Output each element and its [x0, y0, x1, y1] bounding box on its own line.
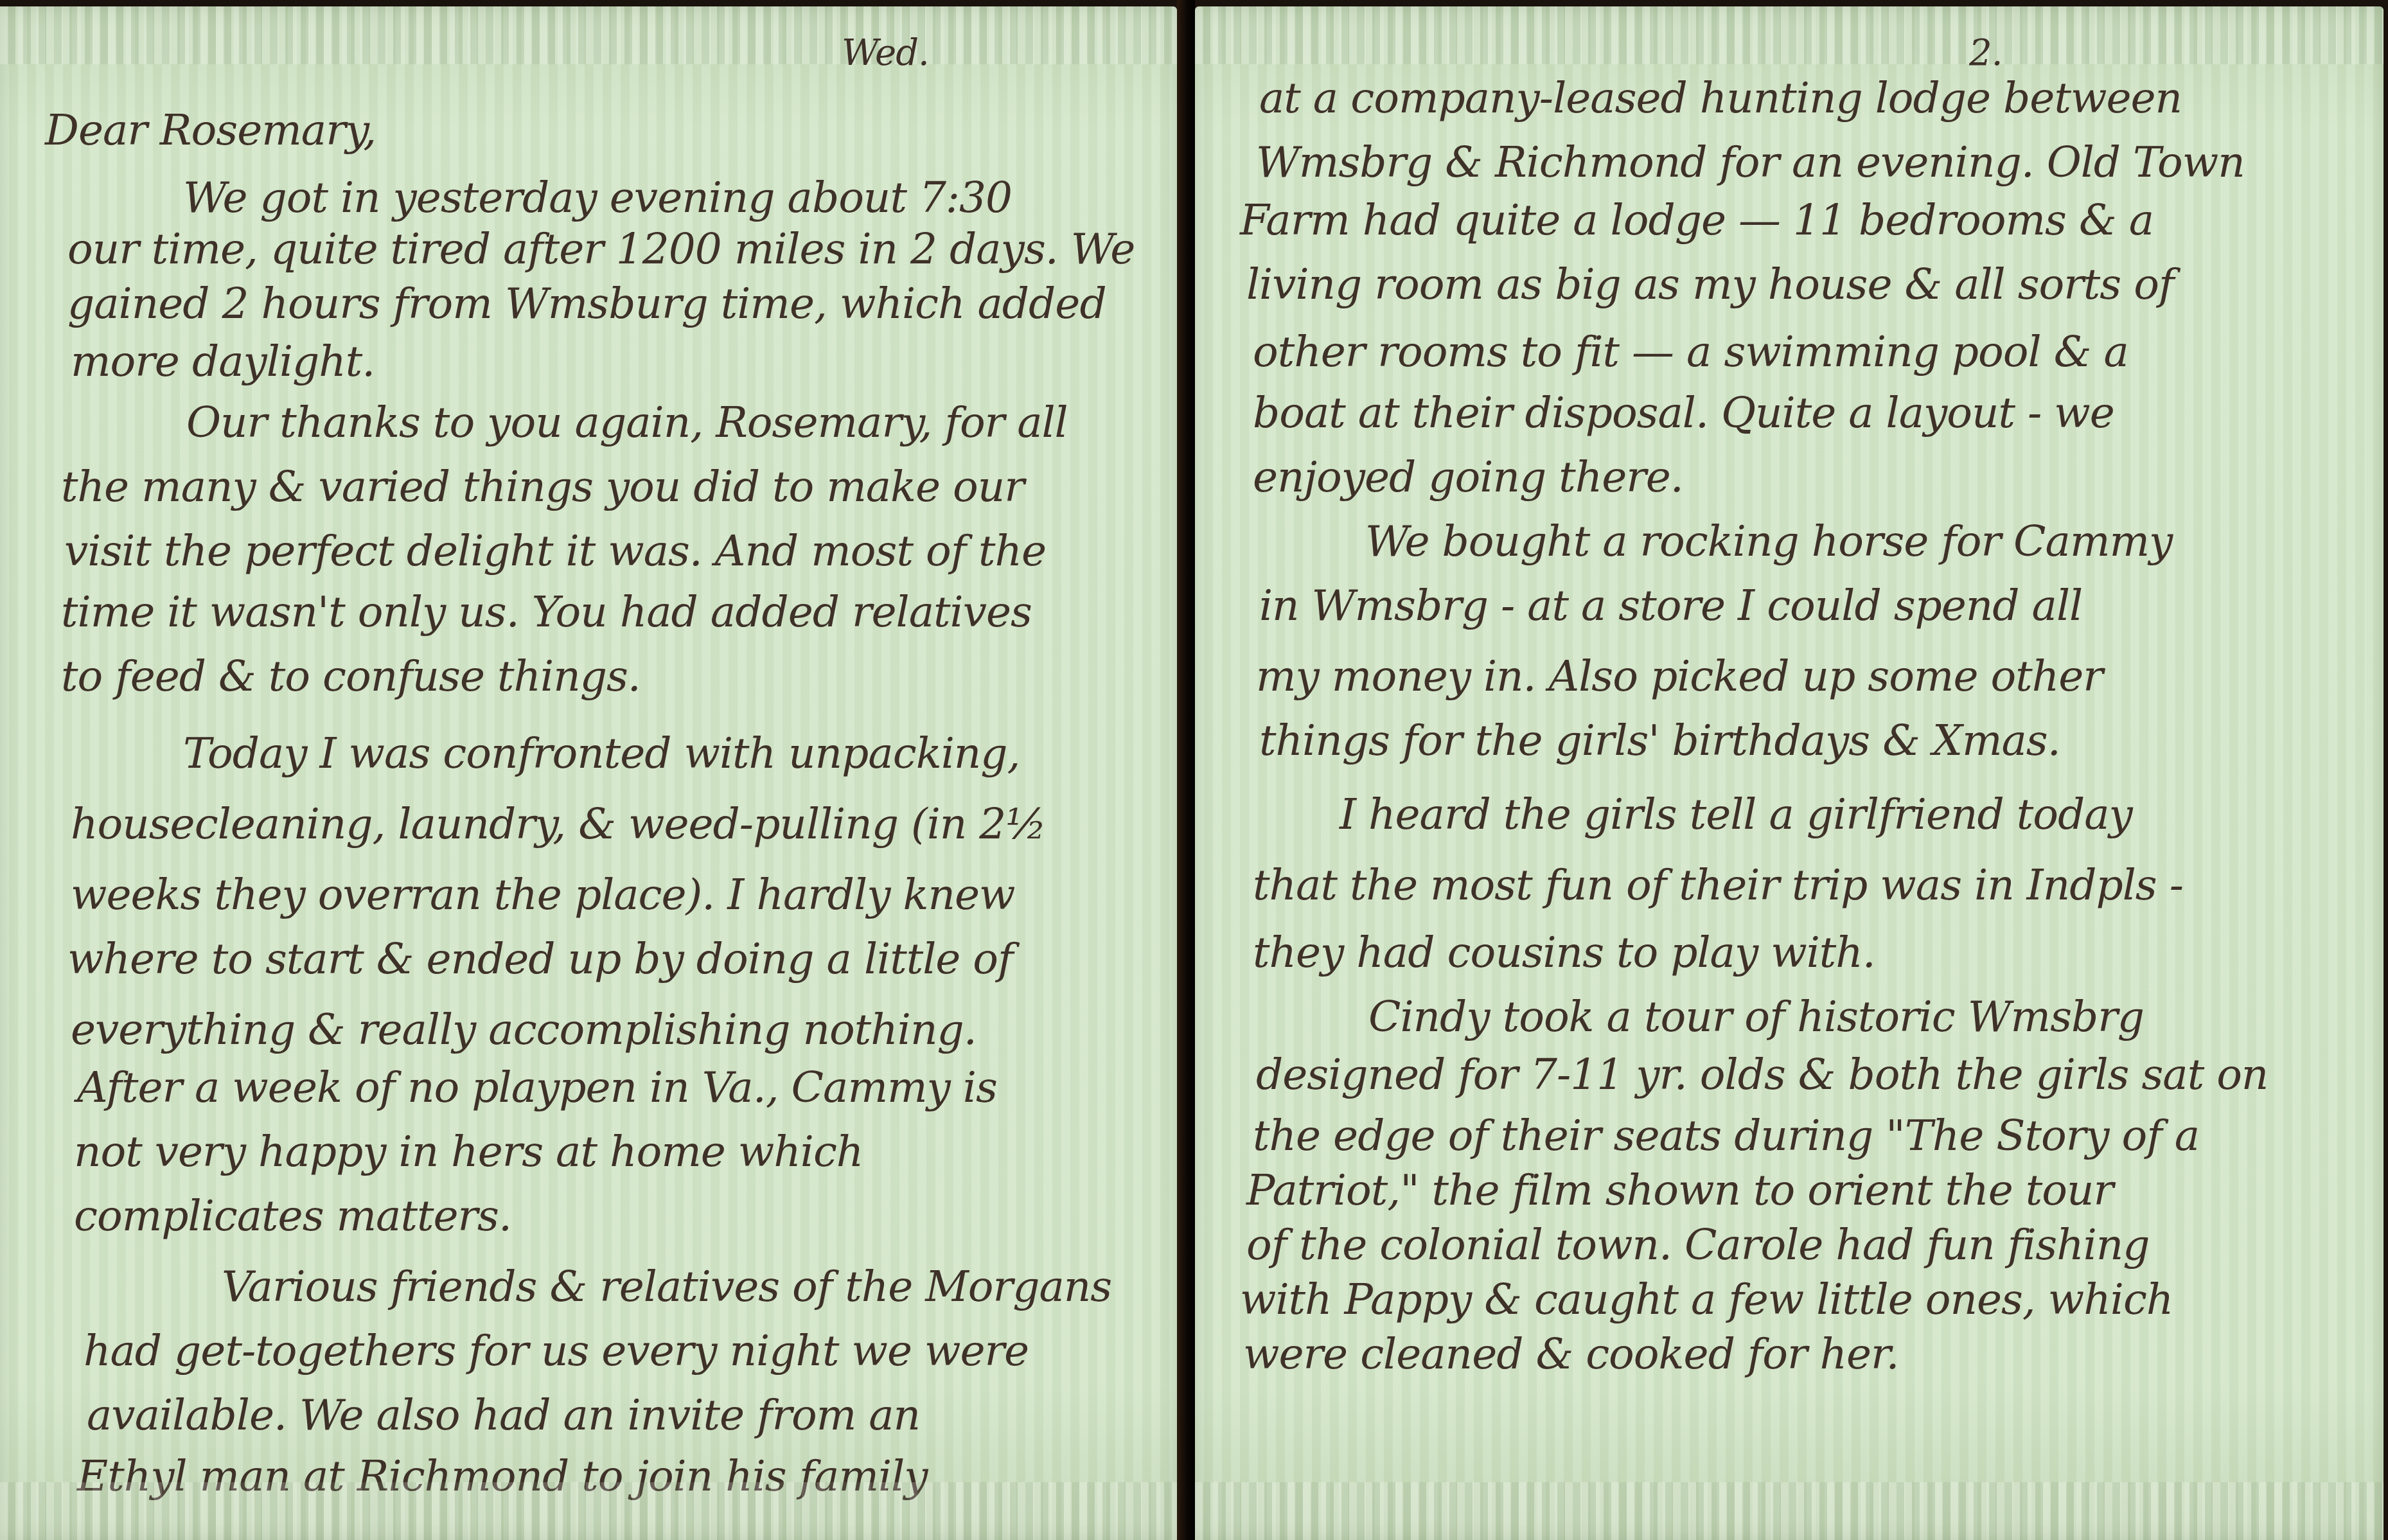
letter-line: complicates matters. — [74, 1195, 511, 1237]
letter-line: in Wmsbrg - at a store I could spend all — [1259, 585, 2082, 627]
letter-line: We got in yesterday evening about 7:30 — [183, 177, 1012, 219]
letter-line: things for the girls' birthdays & Xmas. — [1259, 720, 2060, 762]
letter-line: Various friends & relatives of the Morga… — [222, 1266, 1111, 1308]
letter-line: Our thanks to you again, Rosemary, for a… — [186, 402, 1068, 444]
letter-line: living room as big as my house & all sor… — [1246, 263, 2173, 306]
letter-line: gained 2 hours from Wmsburg time, which … — [67, 283, 1106, 325]
letter-line: my money in. Also picked up some other — [1256, 655, 2103, 698]
letter-line: our time, quite tired after 1200 miles i… — [67, 228, 1135, 270]
letter-line: at a company-leased hunting lodge betwee… — [1259, 77, 2182, 119]
letter-line: other rooms to fit — a swimming pool & a — [1253, 331, 2128, 373]
letter-line: not very happy in hers at home which — [74, 1131, 863, 1173]
page-number: 2. — [1969, 32, 2002, 74]
letter-line: the many & varied things you did to make… — [61, 466, 1024, 508]
letter-line: I heard the girls tell a girlfriend toda… — [1340, 793, 2132, 836]
letter-line: visit the perfect delight it was. And mo… — [64, 530, 1046, 572]
letter-line: Today I was confronted with unpacking, — [183, 732, 1020, 775]
letter-line: We bought a rocking horse for Cammy — [1365, 520, 2172, 563]
letter-line: Wmsbrg & Richmond for an evening. Old To… — [1256, 141, 2245, 184]
letter-line: time it wasn't only us. You had added re… — [61, 591, 1032, 633]
letter-line: where to start & ended up by doing a lit… — [67, 938, 1013, 980]
letter-line: Patriot," the film shown to orient the t… — [1246, 1169, 2113, 1212]
letter-line: After a week of no playpen in Va., Cammy… — [77, 1066, 997, 1109]
letter-line: Cindy took a tour of historic Wmsbrg — [1368, 996, 2144, 1038]
letter-line: to feed & to confuse things. — [61, 655, 641, 698]
salutation: Dear Rosemary, — [45, 109, 376, 152]
letter-line: of the colonial town. Carole had fun fis… — [1246, 1224, 2150, 1266]
letter-line: available. We also had an invite from an — [87, 1394, 920, 1437]
letter-page-1: Wed. Dear Rosemary, We got in yesterday … — [0, 6, 1177, 1540]
letter-line: Farm had quite a lodge — 11 bedrooms & a — [1240, 199, 2154, 242]
page-gutter — [1177, 0, 1195, 1540]
letter-line: were cleaned & cooked for her. — [1243, 1333, 1898, 1376]
letter-line: Ethyl man at Richmond to join his family — [77, 1455, 928, 1498]
letter-line: housecleaning, laundry, & weed-pulling (… — [71, 803, 1046, 845]
letter-line: had get-togethers for us every night we … — [84, 1330, 1029, 1372]
letter-line: everything & really accomplishing nothin… — [71, 1009, 977, 1051]
letter-line: enjoyed going there. — [1253, 456, 1683, 499]
letter-line: boat at their disposal. Quite a layout -… — [1253, 392, 2114, 434]
letter-line: the edge of their seats during "The Stor… — [1253, 1115, 2199, 1157]
letter-line: that the most fun of their trip was in I… — [1253, 864, 2183, 907]
letter-line: weeks they overran the place). I hardly … — [71, 874, 1014, 916]
page-header-day: Wed. — [842, 32, 929, 74]
letter-line: with Pappy & caught a few little ones, w… — [1240, 1279, 2173, 1321]
letter-line: designed for 7-11 yr. olds & both the gi… — [1256, 1054, 2268, 1096]
letter-line: they had cousins to play with. — [1253, 932, 1875, 974]
letter-page-2: 2. at a company-leased hunting lodge bet… — [1195, 6, 2384, 1540]
letter-line: more daylight. — [71, 341, 375, 383]
